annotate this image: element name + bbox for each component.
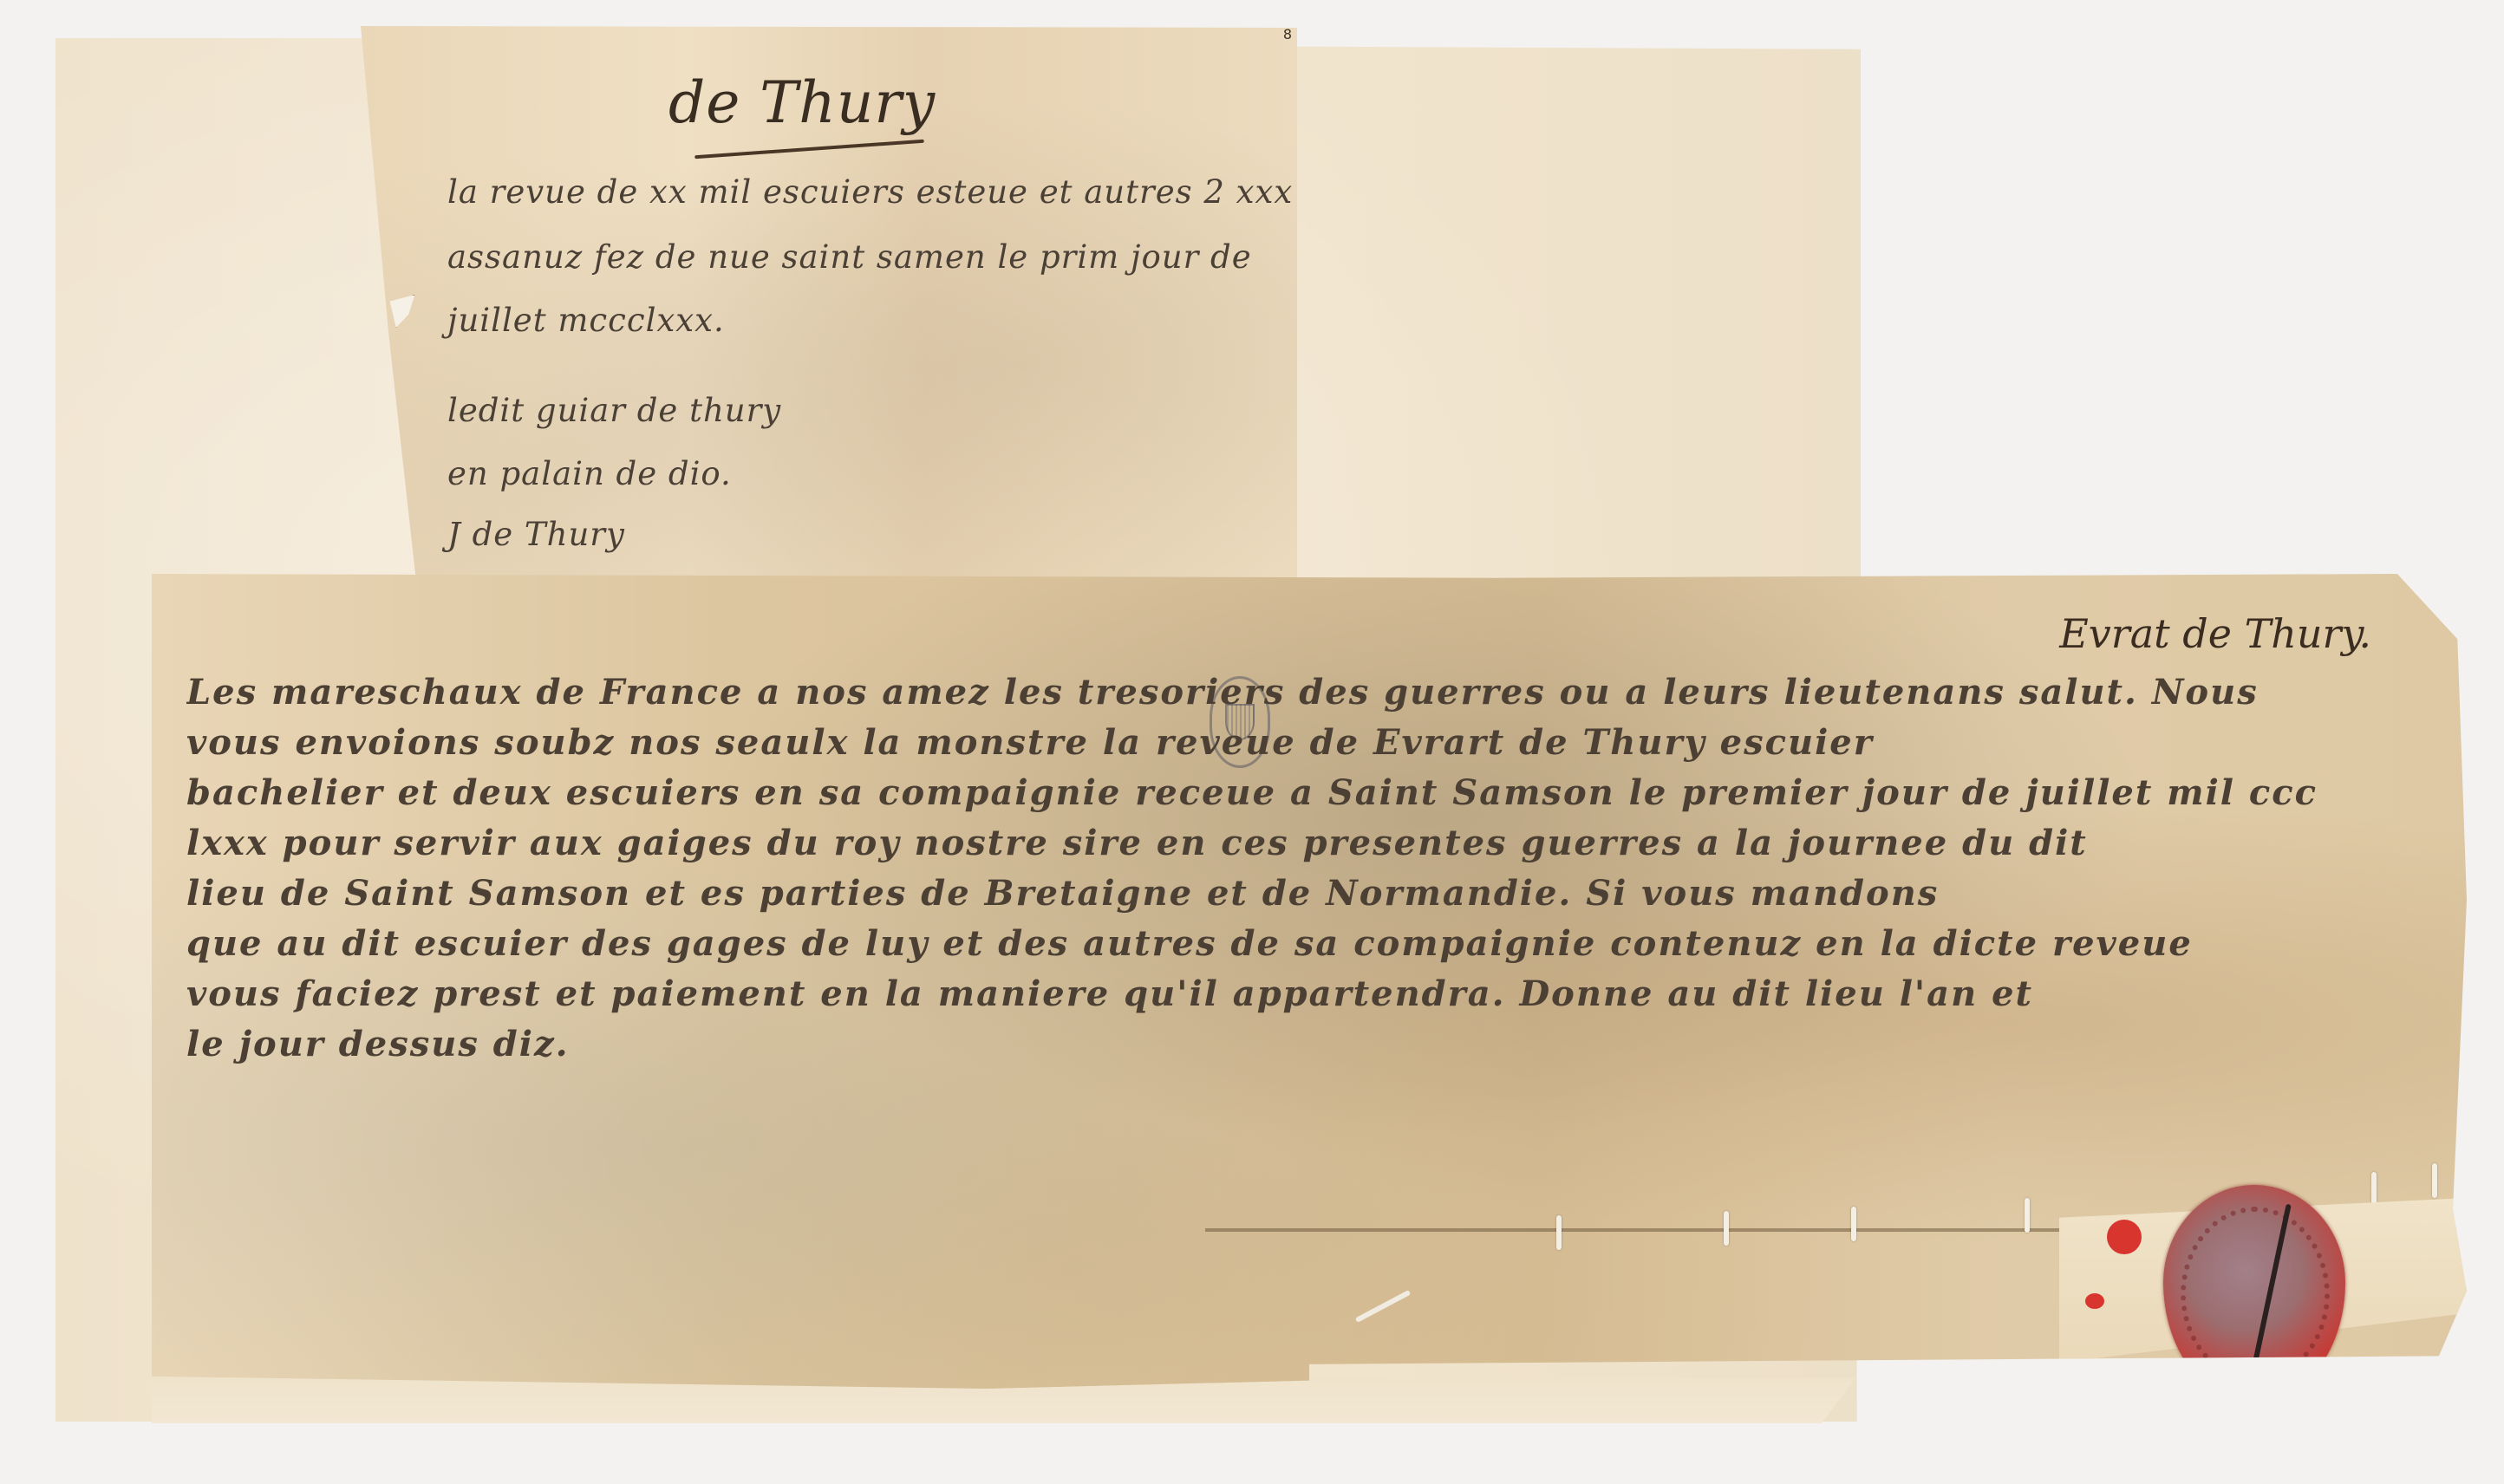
note-line: J de Thury: [447, 516, 625, 553]
folio-mark: 8: [1283, 26, 1292, 42]
small-note-slip: 8 de Thury la revue de xx mil escuiers e…: [361, 26, 1297, 588]
wax-drip: [2107, 1220, 2142, 1254]
note-line: juillet mccclxxx.: [447, 302, 725, 339]
note-line: la revue de xx mil escuiers esteue et au…: [447, 173, 1293, 211]
stitch-thread: [1851, 1207, 1856, 1241]
note-line: ledit guiar de thury: [447, 392, 781, 429]
charter-label: Evrat de Thury.: [2059, 610, 2371, 657]
loose-thread: [1355, 1290, 1412, 1323]
title-underline: [694, 140, 924, 159]
charter-text-block: Les mareschaux de France a nos amez les …: [186, 667, 2423, 1070]
main-charter: Evrat de Thury. Les mareschaux de France…: [152, 574, 2467, 1389]
charter-line: le jour dessus diz.: [186, 1019, 2423, 1070]
charter-line: lieu de Saint Samson et es parties de Br…: [186, 869, 2423, 919]
note-hole: [387, 295, 418, 328]
charter-line: bachelier et deux escuiers en sa compaig…: [186, 768, 2423, 818]
charter-line: vous envoions soubz nos seaulx la monstr…: [186, 718, 2423, 768]
stitch-thread: [1556, 1215, 1562, 1250]
stitch-thread: [2371, 1172, 2377, 1207]
wax-drip: [2085, 1293, 2104, 1309]
charter-line: vous faciez prest et paiement en la mani…: [186, 969, 2423, 1019]
charter-line: que au dit escuier des gages de luy et d…: [186, 919, 2423, 969]
charter-line: Les mareschaux de France a nos amez les …: [186, 667, 2423, 718]
charter-line: lxxx pour servir aux gaiges du roy nostr…: [186, 818, 2423, 869]
stitch-thread: [2025, 1198, 2030, 1233]
note-line: en palain de dio.: [447, 455, 732, 492]
red-wax-seal-icon: [2163, 1185, 2345, 1402]
note-line: assanuz fez de nue saint samen le prim j…: [447, 238, 1252, 276]
note-title: de Thury: [668, 69, 936, 136]
stitch-thread: [1724, 1211, 1729, 1246]
stitch-thread: [2432, 1163, 2437, 1198]
